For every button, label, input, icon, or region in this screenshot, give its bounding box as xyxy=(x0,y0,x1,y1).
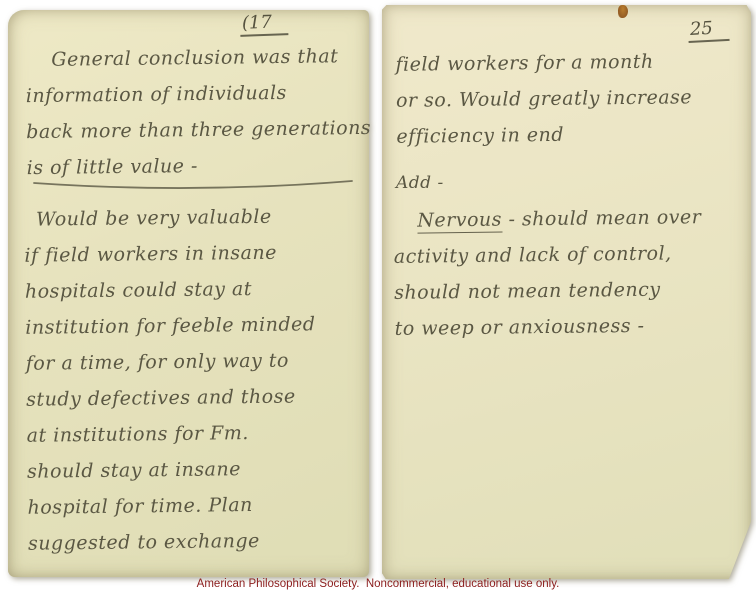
right-page-number: 25 xyxy=(687,17,729,43)
handwriting-line: Nervous - should mean over xyxy=(393,199,701,239)
left-paragraph-1: General conclusion was that information … xyxy=(25,38,372,186)
left-page-wrapper: (17 General conclusion was that informat… xyxy=(8,10,369,577)
right-paragraph-1: field workers for a month or so. Would g… xyxy=(395,43,692,155)
handwriting-line: study defectives and those xyxy=(26,378,317,418)
handwriting-line: if field workers in insane xyxy=(24,234,315,274)
handwriting-line: hospitals could stay at xyxy=(25,270,316,310)
credit-line: American Philosophical Society. Noncomme… xyxy=(0,578,756,590)
handwriting-line: activity and lack of control, xyxy=(394,235,702,275)
handwriting-line: at institutions for Fm. xyxy=(26,414,317,454)
handwriting-line: information of individuals xyxy=(26,74,371,114)
handwriting-line: Would be very valuable xyxy=(24,198,315,238)
left-page: (17 General conclusion was that informat… xyxy=(8,10,369,577)
nervous-paragraph: Nervous - should mean over activity and … xyxy=(393,199,703,347)
handwriting-line: hospital for time. Plan xyxy=(27,486,318,526)
handwriting-line: to weep or anxiousness - xyxy=(394,307,702,347)
handwriting-line: back more than three generations xyxy=(26,110,371,150)
handwriting-line: or so. Would greatly increase xyxy=(396,79,693,119)
left-paragraph-2: Would be very valuable if field workers … xyxy=(24,198,319,562)
handwriting-line: field workers for a month xyxy=(395,43,692,83)
right-page-wrapper: 25 field workers for a month or so. Woul… xyxy=(382,5,751,579)
right-page: 25 field workers for a month or so. Woul… xyxy=(382,5,751,579)
nervous-rest: - should mean over xyxy=(502,206,702,230)
handwriting-line: institution for feeble minded xyxy=(25,306,316,346)
handwriting-line: efficiency in end xyxy=(396,115,693,155)
nervous-term: Nervous xyxy=(417,209,502,234)
handwriting-line: should stay at insane xyxy=(27,450,318,490)
handwritten-divider-line xyxy=(32,178,354,194)
document-scan: (17 General conclusion was that informat… xyxy=(0,0,756,599)
handwriting-line: for a time, for only way to xyxy=(26,342,317,382)
left-page-number: (17 xyxy=(240,11,289,37)
add-note: Add - xyxy=(396,165,444,201)
handwriting-line: General conclusion was that xyxy=(25,38,370,78)
handwriting-line: should not mean tendency xyxy=(394,271,702,311)
paper-stain xyxy=(618,5,628,18)
handwriting-line: suggested to exchange xyxy=(28,522,319,562)
